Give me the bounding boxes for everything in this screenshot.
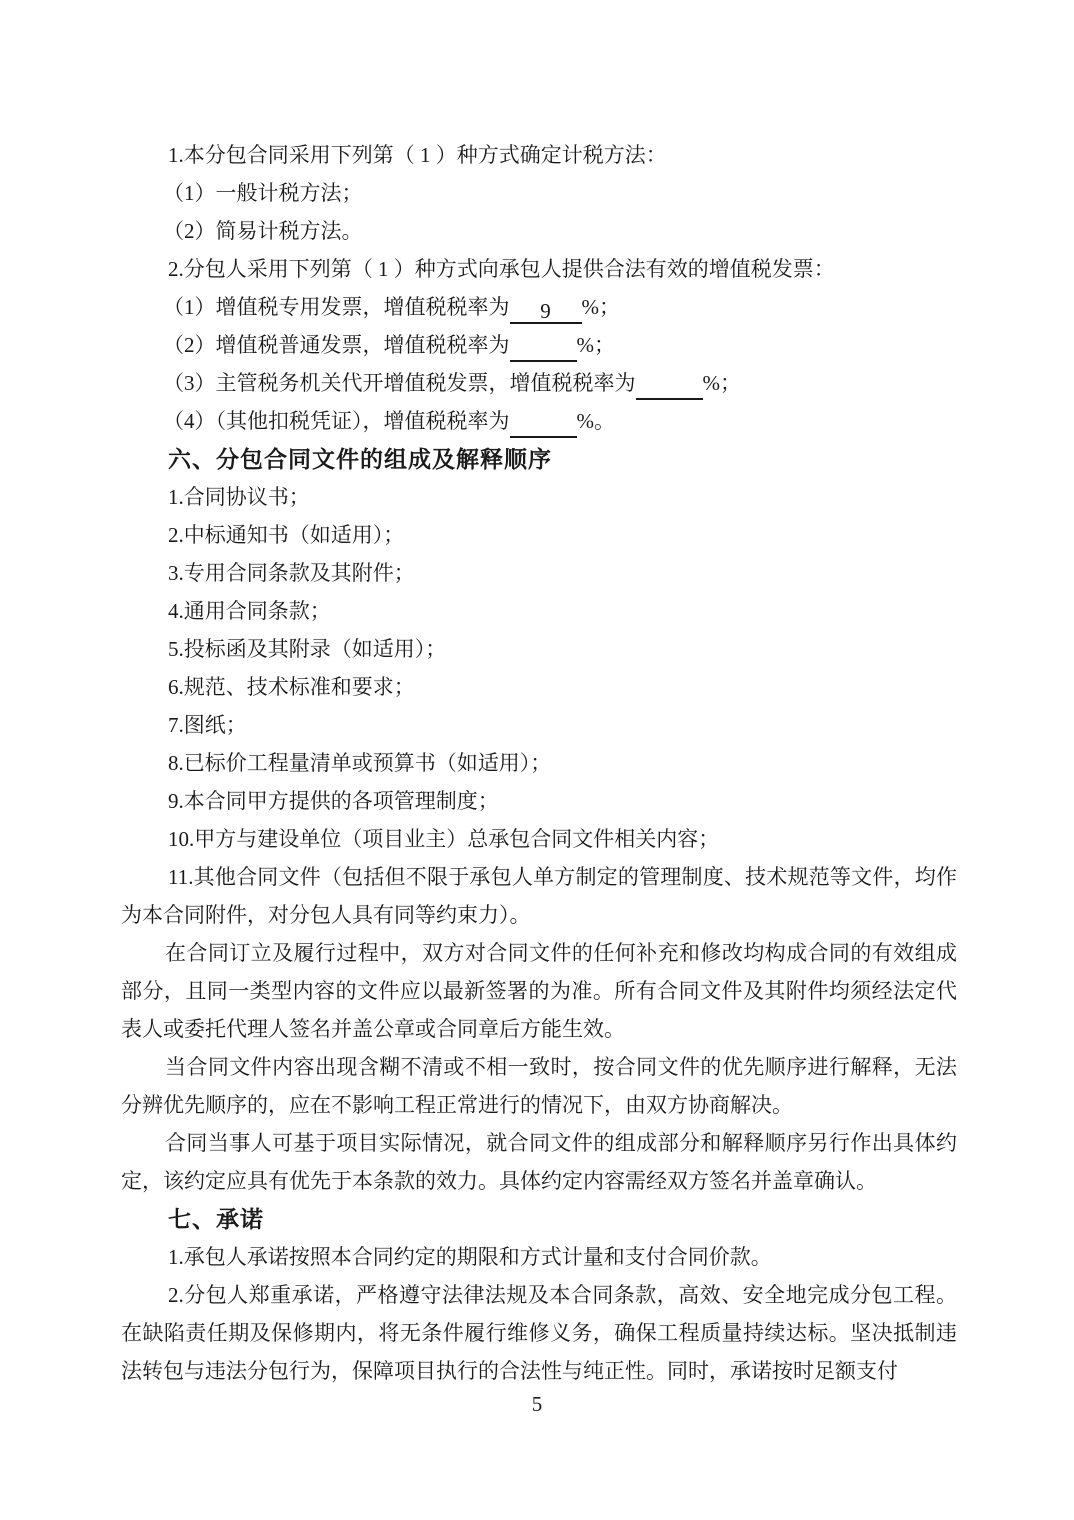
text-run: 1.合同协议书；	[168, 485, 310, 509]
text-run: %；	[703, 371, 742, 395]
text-run: 6.规范、技术标准和要求；	[168, 675, 415, 699]
paragraph: 10.甲方与建设单位（项目业主）总承包合同文件相关内容；	[121, 820, 957, 858]
paragraph: 3.专用合同条款及其附件；	[121, 554, 957, 592]
text-run: 3.专用合同条款及其附件；	[168, 561, 415, 585]
text-run: %。	[577, 409, 616, 433]
paragraph: （1）增值税专用发票，增值税税率为9%；	[121, 288, 957, 326]
text-run: （3）主管税务机关代开增值税发票，增值税税率为	[163, 371, 636, 395]
paragraph: 9.本合同甲方提供的各项管理制度；	[121, 782, 957, 820]
text-run: （2）简易计税方法。	[163, 219, 363, 243]
text-run: 9.本合同甲方提供的各项管理制度；	[168, 789, 499, 813]
page-body: 1.本分包合同采用下列第（ 1 ）种方式确定计税方法：（1）一般计税方法；（2）…	[121, 136, 957, 1390]
text-run: %；	[582, 295, 621, 319]
text-run: 1.承包人承诺按照本合同约定的期限和方式计量和支付合同价款。	[168, 1245, 772, 1269]
paragraph: （3）主管税务机关代开增值税发票，增值税税率为 %；	[121, 364, 957, 402]
section-heading: 六、分包合同文件的组成及解释顺序	[121, 440, 957, 478]
text-run: 当合同文件内容出现含糊不清或不相一致时，按合同文件的优先顺序进行解释，无法分辨优…	[121, 1055, 957, 1117]
paragraph: 在合同订立及履行过程中，双方对合同文件的任何补充和修改均构成合同的有效组成部分，…	[121, 934, 957, 1048]
fill-in-blank: 9	[510, 298, 582, 324]
fill-in-blank	[510, 412, 577, 438]
paragraph: 7.图纸；	[121, 706, 957, 744]
text-run: 11.其他合同文件（包括但不限于承包人单方制定的管理制度、技术规范等文件，均作为…	[121, 865, 957, 927]
paragraph: 5.投标函及其附录（如适用）；	[121, 630, 957, 668]
text-run: %；	[577, 333, 616, 357]
text-run: （4）（其他扣税凭证），增值税税率为	[163, 409, 510, 433]
paragraph: 4.通用合同条款；	[121, 592, 957, 630]
paragraph: 当合同文件内容出现含糊不清或不相一致时，按合同文件的优先顺序进行解释，无法分辨优…	[121, 1048, 957, 1124]
text-run: 10.甲方与建设单位（项目业主）总承包合同文件相关内容；	[168, 827, 719, 851]
paragraph: 合同当事人可基于项目实际情况，就合同文件的组成部分和解释顺序另行作出具体约定，该…	[121, 1124, 957, 1200]
paragraph: 2.分包人郑重承诺，严格遵守法律法规及本合同条款，高效、安全地完成分包工程。在缺…	[121, 1276, 957, 1390]
paragraph: 6.规范、技术标准和要求；	[121, 668, 957, 706]
paragraph: 8.已标价工程量清单或预算书（如适用）；	[121, 744, 957, 782]
text-run: 2.分包人郑重承诺，严格遵守法律法规及本合同条款，高效、安全地完成分包工程。在缺…	[121, 1283, 957, 1383]
text-run: 4.通用合同条款；	[168, 599, 331, 623]
paragraph: （4）（其他扣税凭证），增值税税率为 %。	[121, 402, 957, 440]
text-run: 2.分包人采用下列第（ 1 ）种方式向承包人提供合法有效的增值税发票：	[168, 257, 835, 281]
text-run: 1.本分包合同采用下列第（ 1 ）种方式确定计税方法：	[168, 143, 667, 167]
fill-in-blank	[510, 336, 577, 362]
section-heading: 七、承诺	[121, 1200, 957, 1238]
paragraph: 2.分包人采用下列第（ 1 ）种方式向承包人提供合法有效的增值税发票：	[121, 250, 957, 288]
text-run: （1）增值税专用发票，增值税税率为	[163, 295, 510, 319]
paragraph: 1.合同协议书；	[121, 478, 957, 516]
fill-in-blank	[636, 374, 703, 400]
paragraph: 11.其他合同文件（包括但不限于承包人单方制定的管理制度、技术规范等文件，均作为…	[121, 858, 957, 934]
text-run: 5.投标函及其附录（如适用）；	[168, 637, 446, 661]
text-run: 8.已标价工程量清单或预算书（如适用）；	[168, 751, 551, 775]
text-run: 合同当事人可基于项目实际情况，就合同文件的组成部分和解释顺序另行作出具体约定，该…	[121, 1131, 957, 1193]
text-run: （2）增值税普通发票，增值税税率为	[163, 333, 510, 357]
text-run: （1）一般计税方法；	[163, 181, 363, 205]
paragraph: （1）一般计税方法；	[121, 174, 957, 212]
text-run: 2.中标通知书（如适用）；	[168, 523, 404, 547]
paragraph: 1.承包人承诺按照本合同约定的期限和方式计量和支付合同价款。	[121, 1238, 957, 1276]
paragraph: 2.中标通知书（如适用）；	[121, 516, 957, 554]
page-number: 5	[0, 1389, 1074, 1419]
text-run: 在合同订立及履行过程中，双方对合同文件的任何补充和修改均构成合同的有效组成部分，…	[121, 941, 957, 1041]
paragraph: 1.本分包合同采用下列第（ 1 ）种方式确定计税方法：	[121, 136, 957, 174]
text-run: 六、分包合同文件的组成及解释顺序	[168, 446, 552, 472]
paragraph: （2）简易计税方法。	[121, 212, 957, 250]
paragraph: （2）增值税普通发票，增值税税率为 %；	[121, 326, 957, 364]
text-run: 七、承诺	[168, 1206, 264, 1232]
contract-document-page: 1.本分包合同采用下列第（ 1 ）种方式确定计税方法：（1）一般计税方法；（2）…	[0, 0, 1074, 1520]
text-run: 7.图纸；	[168, 713, 247, 737]
